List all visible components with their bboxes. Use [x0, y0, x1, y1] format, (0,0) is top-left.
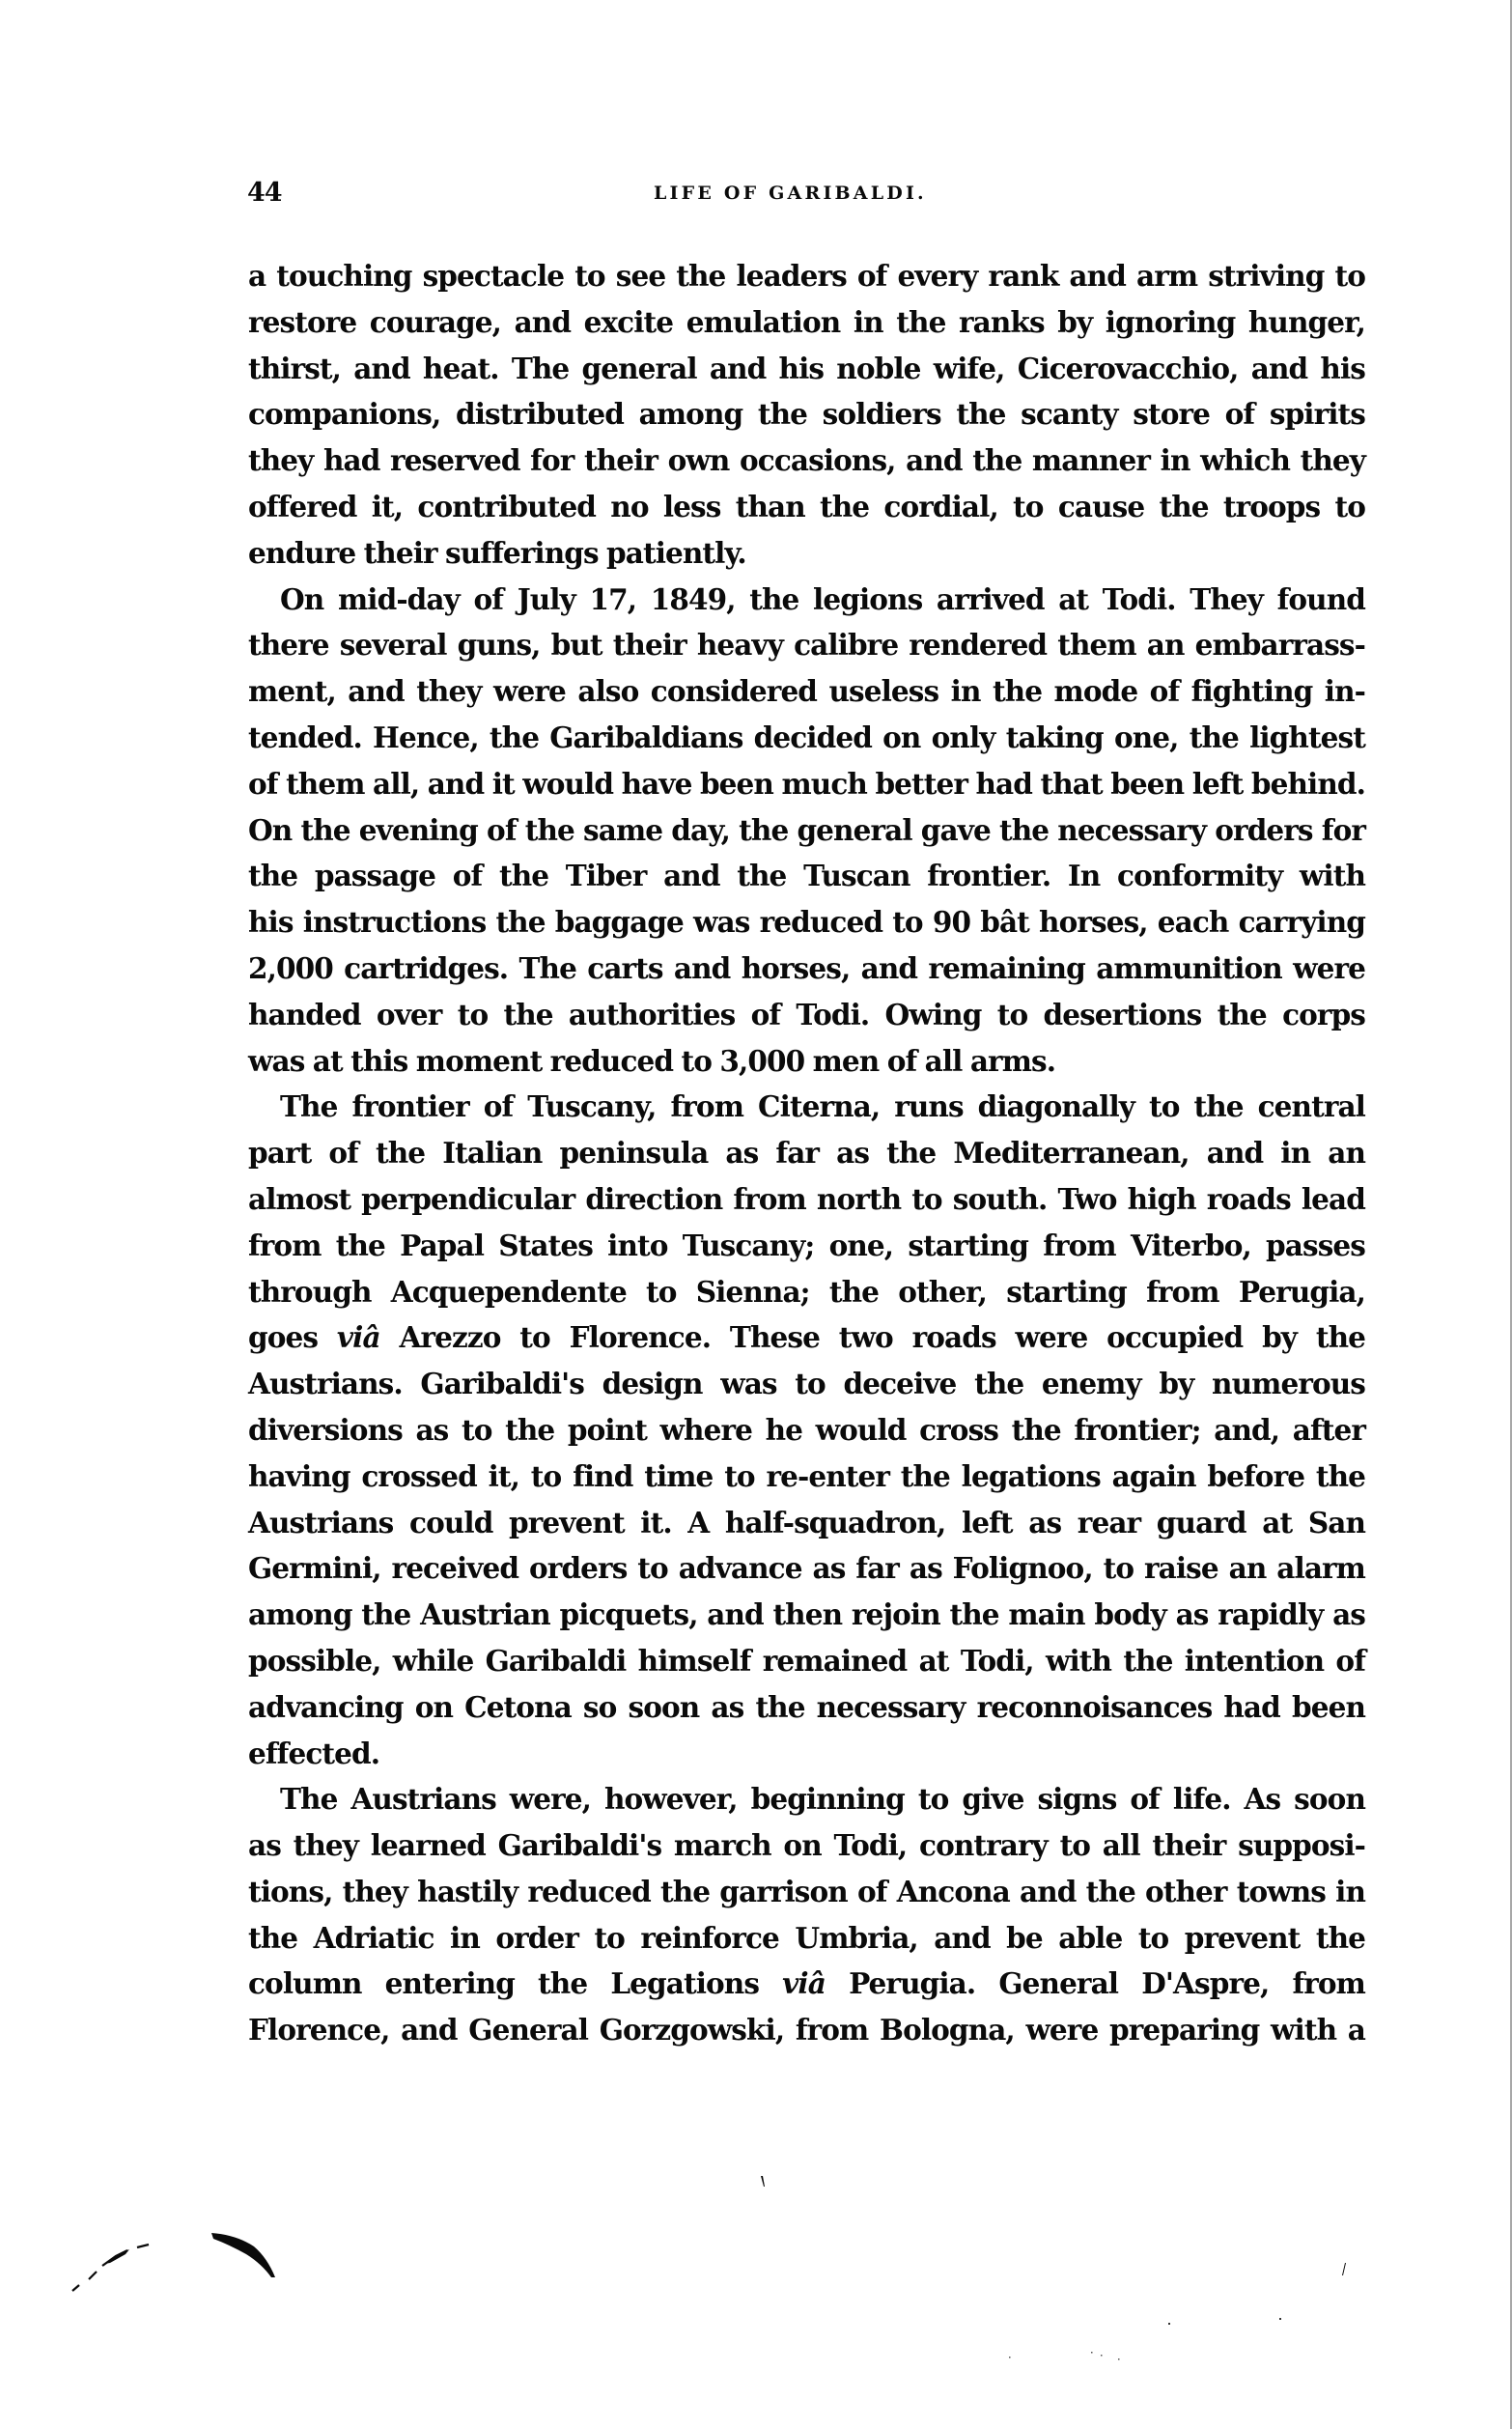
text-line: tions, they hastily reduced the garrison…	[248, 1869, 1365, 1915]
text-line: endure their sufferings patiently.	[248, 530, 1365, 577]
text-line: On mid-day of July 17, 1849, the legions…	[248, 577, 1365, 623]
text-line: effected.	[248, 1731, 1365, 1777]
italic-word: viâ	[782, 1966, 826, 2000]
text-line: handed over to the authorities of Todi. …	[248, 992, 1365, 1038]
text-line: through Acquependente to Sienna; the oth…	[248, 1269, 1365, 1315]
text-line: they had reserved for their own occasion…	[248, 438, 1365, 484]
text-line: ment, and they were also considered usel…	[248, 668, 1365, 715]
text-line: having crossed it, to find time to re-en…	[248, 1454, 1365, 1500]
text-line: Florence, and General Gorzgowski, from B…	[248, 2007, 1365, 2053]
text-line: Austrians could prevent it. A half-squad…	[248, 1500, 1365, 1546]
scanned-book-page: 44 LIFE OF GARIBALDI. a touching spectac…	[0, 0, 1512, 2429]
scan-artifact-specks	[994, 2318, 1303, 2376]
text-line: goes viâ Arezzo to Florence. These two r…	[248, 1314, 1365, 1361]
page-number: 44	[247, 180, 282, 207]
text-line: column entering the Legations viâ Perugi…	[248, 1961, 1365, 2007]
text-line: was at this moment reduced to 3,000 men …	[248, 1038, 1365, 1085]
text-line: as they learned Garibaldi's march on Tod…	[248, 1822, 1365, 1869]
text-line: The Austrians were, however, beginning t…	[248, 1776, 1365, 1822]
text-line: companions, distributed among the soldie…	[248, 391, 1365, 438]
text-line: among the Austrian picquets, and then re…	[248, 1592, 1365, 1638]
text-line: diversions as to the point where he woul…	[248, 1407, 1365, 1454]
text-line: of them all, and it would have been much…	[248, 761, 1365, 807]
text-line: restore courage, and excite emulation in…	[248, 299, 1365, 346]
text-line: thirst, and heat. The general and his no…	[248, 346, 1365, 392]
text-line: the passage of the Tiber and the Tuscan …	[248, 853, 1365, 899]
text-line: offered it, contributed no less than the…	[248, 484, 1365, 530]
scan-artifact-mark-right	[1340, 2262, 1348, 2277]
italic-word: viâ	[337, 1320, 380, 1354]
scan-artifact-right-wedge	[208, 2229, 285, 2283]
text-line: the Adriatic in order to reinforce Umbri…	[248, 1915, 1365, 1962]
text-line: his instructions the baggage was reduced…	[248, 899, 1365, 946]
text-line: almost perpendicular direction from nort…	[248, 1176, 1365, 1223]
text-line: there several guns, but their heavy cali…	[248, 622, 1365, 668]
running-title: LIFE OF GARIBALDI.	[654, 183, 927, 204]
text-line: tended. Hence, the Garibaldians decided …	[248, 715, 1365, 761]
text-line: On the evening of the same day, the gene…	[248, 807, 1365, 854]
scan-artifact-mark-center	[759, 2175, 767, 2189]
scan-artifact-left-arc	[68, 2231, 174, 2299]
text-line: part of the Italian peninsula as far as …	[248, 1130, 1365, 1176]
text-line: advancing on Cetona so soon as the neces…	[248, 1684, 1365, 1731]
text-line: a touching spectacle to see the leaders …	[248, 253, 1365, 299]
text-line: Germini, received orders to advance as f…	[248, 1545, 1365, 1592]
text-line: 2,000 cartridges. The carts and horses, …	[248, 946, 1365, 992]
body-text: a touching spectacle to see the leaders …	[248, 253, 1365, 2053]
running-head: 44 LIFE OF GARIBALDI.	[247, 180, 1365, 207]
text-line: The frontier of Tuscany, from Citerna, r…	[248, 1084, 1365, 1130]
text-line: Austrians. Garibaldi's design was to dec…	[248, 1361, 1365, 1407]
text-line: from the Papal States into Tuscany; one,…	[248, 1223, 1365, 1269]
text-line: possible, while Garibaldi himself remain…	[248, 1638, 1365, 1684]
